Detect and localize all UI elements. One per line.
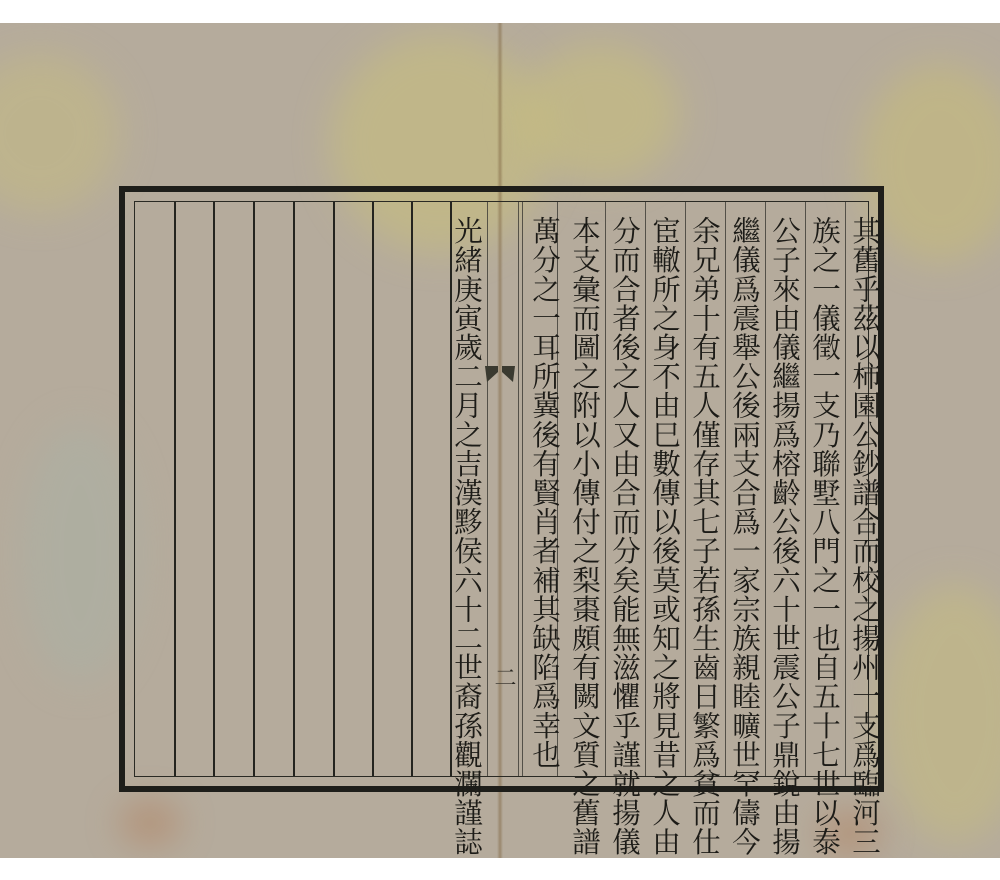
paper-stain <box>120 803 180 843</box>
banxin-rule <box>518 202 519 776</box>
column-rule <box>253 202 255 776</box>
banxin-rule <box>522 202 523 776</box>
text-column-3: 公子來由儀繼揚爲榕齡公後六十世震公子鼎銳由揚 <box>766 216 802 856</box>
column-rule <box>333 202 335 776</box>
column-rule <box>213 202 215 776</box>
inner-border: 其舊乎茲以柿園公鈔譜合而校之揚州一支爲臨河三 族之一儀徵一支乃聯墅八門之一也自五… <box>134 201 869 777</box>
column-rule <box>372 202 374 776</box>
column-rule <box>411 202 413 776</box>
text-column-8: 本支彙而圖之附以小傳付之梨棗頗有闕文質之舊譜 <box>566 216 602 856</box>
colophon-column: 光緒庚寅歲二月之吉漢黟侯六十二世裔孫觀瀾謹誌 <box>448 216 484 856</box>
text-column-5: 余兄弟十有五人僅存其七子若孫生齒日繁爲貧而仕 <box>686 216 722 856</box>
paper-stain <box>880 583 1000 843</box>
column-rule <box>174 202 176 776</box>
column-rule <box>487 202 488 776</box>
text-column-2: 族之一儀徵一支乃聯墅八門之一也自五十七世以泰 <box>806 216 842 856</box>
paper-stain <box>0 53 120 213</box>
text-column-4: 繼儀爲震舉公後兩支合爲一家宗族親睦曠世罕儔今 <box>726 216 762 856</box>
text-column-9: 萬分之一耳所冀後有賢肖者補其缺陷爲幸也 <box>526 216 562 769</box>
text-frame: 其舊乎茲以柿園公鈔譜合而校之揚州一支爲臨河三 族之一儀徵一支乃聯墅八門之一也自五… <box>119 186 884 792</box>
text-column-7: 分而合者後之人又由合而分矣能無滋懼乎謹就揚儀 <box>606 216 642 856</box>
paper-stain <box>520 43 680 183</box>
fishtail-mark-icon <box>485 366 515 386</box>
page-number: 二 <box>488 666 519 688</box>
text-column-6: 宦轍所之身不由巳數傳以後莫或知之將見昔之人由 <box>646 216 682 856</box>
column-rule <box>293 202 295 776</box>
text-column-1: 其舊乎茲以柿園公鈔譜合而校之揚州一支爲臨河三 <box>846 216 882 856</box>
